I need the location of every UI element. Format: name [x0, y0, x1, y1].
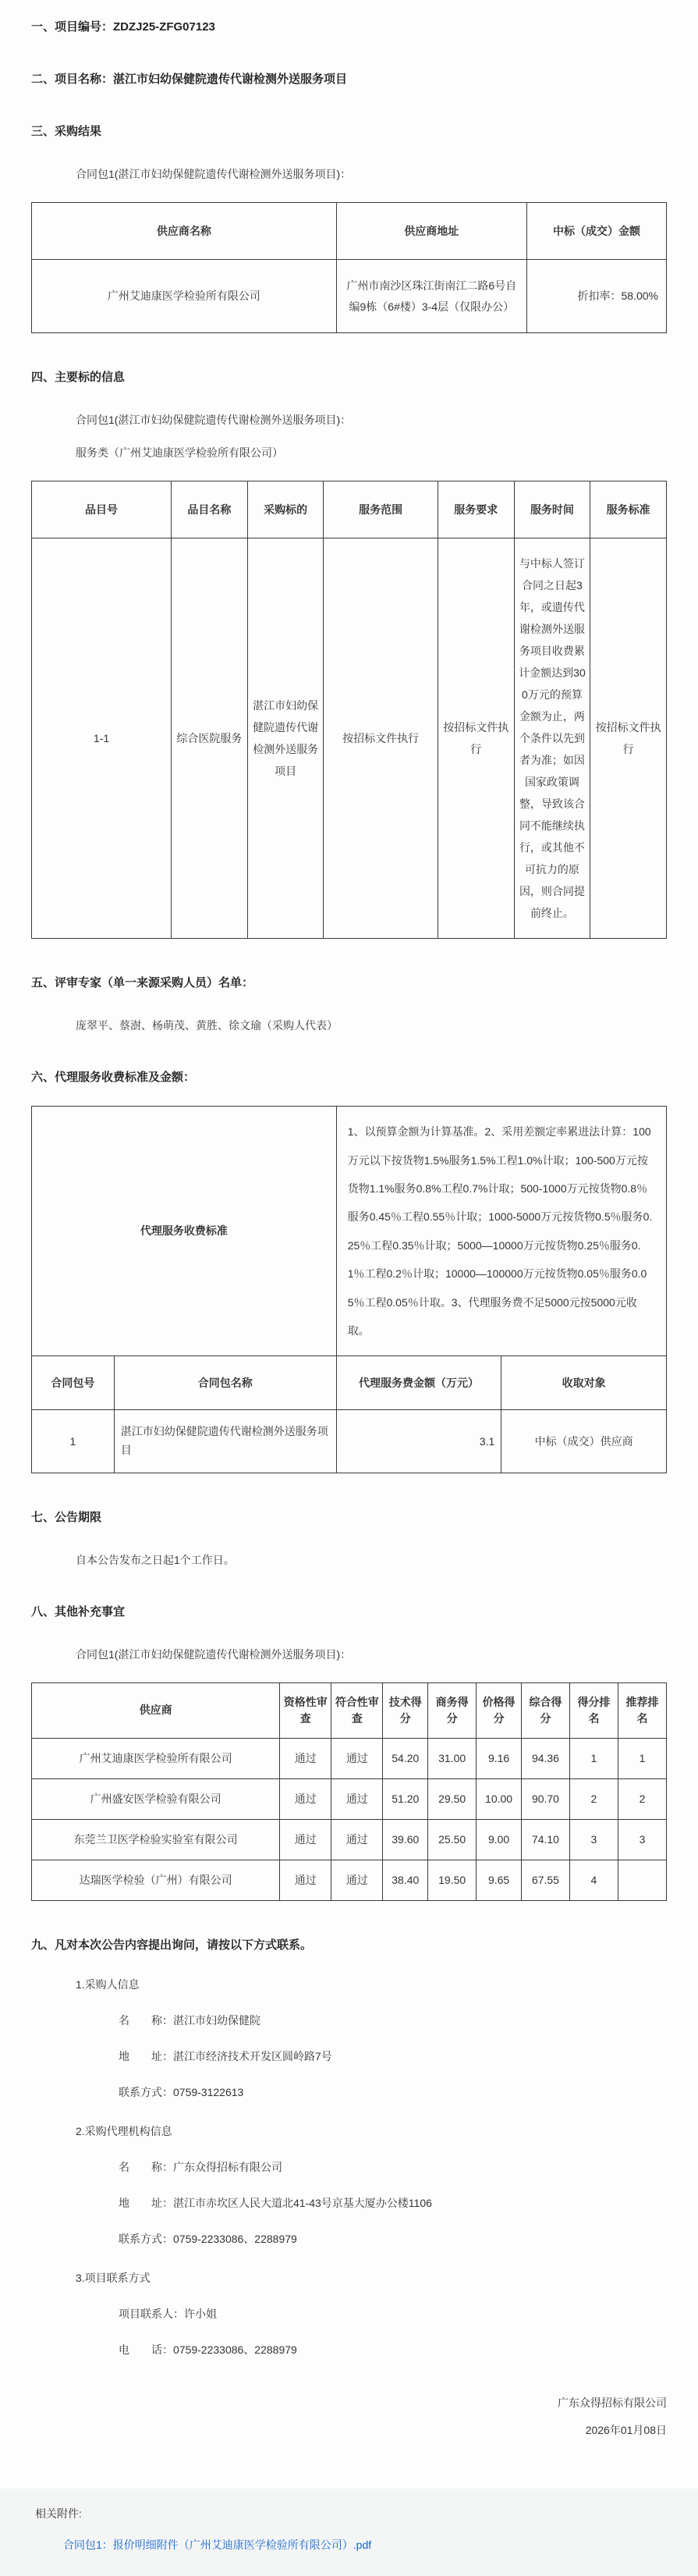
heading-other-matters: 八、其他补充事宜	[31, 1604, 667, 1620]
project-contact-phone: 电 话：0759-2233086、2288979	[31, 2342, 667, 2357]
cell-total-score: 74.10	[521, 1819, 569, 1860]
score-row-2: 广州盛安医学检验有限公司 通过 通过 51.20 29.50 10.00 90.…	[32, 1778, 667, 1819]
column-header-package-name: 合同包名称	[114, 1356, 336, 1410]
column-header-procurement-subject: 采购标的	[247, 481, 324, 538]
package-line-result: 合同包1(湛江市妇幼保健院遗传代谢检测外送服务项目)：	[31, 166, 667, 182]
cell-fee-standard-label: 代理服务收费标准	[32, 1107, 337, 1356]
cell-conformity: 通过	[331, 1819, 383, 1860]
experts-list: 庞翠平、蔡澍、杨萌茂、黄胜、徐文瑜（采购人代表）	[31, 1018, 667, 1033]
column-header-item-no: 品目号	[32, 481, 172, 538]
cell-package-name: 湛江市妇幼保健院遗传代谢检测外送服务项目	[114, 1410, 336, 1473]
column-header-qualification-review: 资格性审查	[280, 1682, 331, 1738]
main-data-row: 1-1 综合医院服务 湛江市妇幼保健院遗传代谢检测外送服务项目 按招标文件执行 …	[32, 538, 667, 939]
column-header-package-no: 合同包号	[32, 1356, 115, 1410]
cell-procurement-subject: 湛江市妇幼保健院遗传代谢检测外送服务项目	[247, 538, 324, 939]
agency-address: 地 址：湛江市赤坎区人民大道北41-43号京基大厦办公楼1106	[31, 2195, 667, 2211]
heading-project-name: 二、项目名称：湛江市妇幼保健院遗传代谢检测外送服务项目	[31, 71, 667, 87]
cell-supplier: 达瑞医学检验（广州）有限公司	[32, 1860, 280, 1900]
signature-block: 广东众得招标有限公司 2026年01月08日	[31, 2395, 667, 2439]
cell-technical-score: 39.60	[383, 1819, 428, 1860]
cell-conformity: 通过	[331, 1738, 383, 1778]
cell-service-standard: 按招标文件执行	[590, 538, 667, 939]
cell-score-rank: 1	[569, 1738, 618, 1778]
package-line-scores: 合同包1(湛江市妇幼保健院遗传代谢检测外送服务项目)：	[31, 1647, 667, 1662]
project-contact-person: 项目联系人：许小姐	[31, 2306, 667, 2322]
cell-package-no: 1	[32, 1410, 115, 1473]
cell-total-score: 94.36	[521, 1738, 569, 1778]
attachments-label: 相关附件:	[35, 2506, 663, 2521]
column-header-price-score: 价格得分	[477, 1682, 522, 1738]
signature-company: 广东众得招标有限公司	[31, 2395, 667, 2411]
cell-fee-payer: 中标（成交）供应商	[501, 1410, 667, 1473]
column-header-fee-payer: 收取对象	[501, 1356, 667, 1410]
contacts-block: 1.采购人信息 名 称：湛江市妇幼保健院 地 址：湛江市经济技术开发区圆岭路7号…	[31, 1977, 667, 2357]
cell-technical-score: 54.20	[383, 1738, 428, 1778]
fee-header-row: 合同包号 合同包名称 代理服务费金额（万元） 收取对象	[32, 1356, 667, 1410]
score-table: 供应商 资格性审查 符合性审查 技术得分 商务得分 价格得分 综合得分 得分排名…	[31, 1682, 667, 1901]
heading-main-subject-info: 四、主要标的信息	[31, 369, 667, 386]
cell-price-score: 9.16	[477, 1738, 522, 1778]
cell-qualification: 通过	[280, 1778, 331, 1819]
column-header-supplier-name: 供应商名称	[32, 203, 337, 260]
buyer-contact: 联系方式：0759-3122613	[31, 2084, 667, 2100]
cell-price-score: 10.00	[477, 1778, 522, 1819]
cell-score-rank: 2	[569, 1778, 618, 1819]
heading-contact-info: 九、凡对本次公告内容提出询问，请按以下方式联系。	[31, 1937, 667, 1953]
main-subject-table: 品目号 品目名称 采购标的 服务范围 服务要求 服务时间 服务标准 1-1 综合…	[31, 481, 667, 939]
cell-score-rank: 3	[569, 1819, 618, 1860]
cell-score-rank: 4	[569, 1860, 618, 1900]
result-data-row: 广州艾迪康医学检验所有限公司 广州市南沙区珠江街南江二路6号自编9栋（6#楼）3…	[32, 260, 667, 333]
column-header-service-scope: 服务范围	[324, 481, 438, 538]
buyer-info-title: 1.采购人信息	[31, 1977, 667, 1992]
heading-project-number: 一、项目编号：ZDZJ25-ZFG07123	[31, 19, 667, 35]
attachments-section: 相关附件: 合同包1：报价明细附件（广州艾迪康医学检验所有限公司）.pdf	[0, 2489, 698, 2576]
cell-recommend-rank: 3	[618, 1819, 666, 1860]
cell-supplier-address: 广州市南沙区珠江街南江二路6号自编9栋（6#楼）3-4层（仅限办公）	[336, 260, 526, 333]
column-header-service-time: 服务时间	[514, 481, 590, 538]
cell-total-score: 67.55	[521, 1860, 569, 1900]
column-header-supplier: 供应商	[32, 1682, 280, 1738]
agency-contact: 联系方式：0759-2233086、2288979	[31, 2231, 667, 2247]
column-header-total-score: 综合得分	[521, 1682, 569, 1738]
result-table: 供应商名称 供应商地址 中标（成交）金额 广州艾迪康医学检验所有限公司 广州市南…	[31, 202, 667, 333]
column-header-technical-score: 技术得分	[383, 1682, 428, 1738]
agency-fee-table: 代理服务收费标准 1、以预算金额为计算基准。2、采用差额定率累进法计算：100万…	[31, 1106, 667, 1473]
fee-data-row: 1 湛江市妇幼保健院遗传代谢检测外送服务项目 3.1 中标（成交）供应商	[32, 1410, 667, 1473]
column-header-business-score: 商务得分	[428, 1682, 477, 1738]
service-category-line: 服务类（广州艾迪康医学检验所有限公司）	[31, 445, 667, 460]
cell-item-name: 综合医院服务	[172, 538, 248, 939]
agency-info-title: 2.采购代理机构信息	[31, 2123, 667, 2139]
column-header-supplier-address: 供应商地址	[336, 203, 526, 260]
cell-recommend-rank: 1	[618, 1738, 666, 1778]
announcement-period-text: 自本公告发布之日起1个工作日。	[31, 1552, 667, 1568]
heading-experts: 五、评审专家（单一来源采购人员）名单：	[31, 975, 667, 991]
cell-business-score: 19.50	[428, 1860, 477, 1900]
cell-qualification: 通过	[280, 1860, 331, 1900]
cell-supplier: 广州艾迪康医学检验所有限公司	[32, 1738, 280, 1778]
cell-qualification: 通过	[280, 1738, 331, 1778]
column-header-item-name: 品目名称	[172, 481, 248, 538]
score-row-3: 东莞兰卫医学检验实验室有限公司 通过 通过 39.60 25.50 9.00 7…	[32, 1819, 667, 1860]
cell-service-requirement: 按招标文件执行	[438, 538, 514, 939]
heading-agency-fee: 六、代理服务收费标准及金额：	[31, 1069, 667, 1085]
buyer-name: 名 称：湛江市妇幼保健院	[31, 2013, 667, 2028]
cell-supplier: 广州盛安医学检验有限公司	[32, 1778, 280, 1819]
column-header-award-amount: 中标（成交）金额	[526, 203, 666, 260]
cell-technical-score: 51.20	[383, 1778, 428, 1819]
cell-qualification: 通过	[280, 1819, 331, 1860]
signature-date: 2026年01月08日	[31, 2422, 667, 2439]
column-header-recommend-rank: 推荐排名	[618, 1682, 666, 1738]
cell-conformity: 通过	[331, 1778, 383, 1819]
cell-conformity: 通过	[331, 1860, 383, 1900]
score-row-1: 广州艾迪康医学检验所有限公司 通过 通过 54.20 31.00 9.16 94…	[32, 1738, 667, 1778]
cell-supplier: 东莞兰卫医学检验实验室有限公司	[32, 1819, 280, 1860]
cell-fee-amount: 3.1	[336, 1410, 501, 1473]
package-line-subject: 合同包1(湛江市妇幼保健院遗传代谢检测外送服务项目)：	[31, 412, 667, 428]
column-header-fee-amount: 代理服务费金额（万元）	[336, 1356, 501, 1410]
cell-recommend-rank: 2	[618, 1778, 666, 1819]
project-contact-title: 3.项目联系方式	[31, 2270, 667, 2286]
column-header-service-standard: 服务标准	[590, 481, 667, 538]
cell-technical-score: 38.40	[383, 1860, 428, 1900]
cell-service-scope: 按招标文件执行	[324, 538, 438, 939]
agency-name: 名 称：广东众得招标有限公司	[31, 2159, 667, 2175]
score-header-row: 供应商 资格性审查 符合性审查 技术得分 商务得分 价格得分 综合得分 得分排名…	[32, 1682, 667, 1738]
cell-award-amount: 折扣率：58.00%	[526, 260, 666, 333]
announcement-page: 一、项目编号：ZDZJ25-ZFG07123 二、项目名称：湛江市妇幼保健院遗传…	[0, 0, 698, 2576]
heading-announcement-period: 七、公告期限	[31, 1509, 667, 1526]
cell-business-score: 25.50	[428, 1819, 477, 1860]
cell-supplier-name: 广州艾迪康医学检验所有限公司	[32, 260, 337, 333]
cell-fee-standard-text: 1、以预算金额为计算基准。2、采用差额定率累进法计算：100万元以下按货物1.5…	[336, 1107, 666, 1356]
score-row-4: 达瑞医学检验（广州）有限公司 通过 通过 38.40 19.50 9.65 67…	[32, 1860, 667, 1900]
attachment-pdf-link[interactable]: 合同包1：报价明细附件（广州艾迪康医学检验所有限公司）.pdf	[63, 2537, 371, 2553]
main-header-row: 品目号 品目名称 采购标的 服务范围 服务要求 服务时间 服务标准	[32, 481, 667, 538]
cell-service-time: 与中标人签订合同之日起3年，或遗传代谢检测外送服务项目收费累计金额达到300万元…	[514, 538, 590, 939]
cell-item-no: 1-1	[32, 538, 172, 939]
column-header-conformity-review: 符合性审查	[331, 1682, 383, 1738]
cell-business-score: 31.00	[428, 1738, 477, 1778]
cell-recommend-rank	[618, 1860, 666, 1900]
result-header-row: 供应商名称 供应商地址 中标（成交）金额	[32, 203, 667, 260]
cell-business-score: 29.50	[428, 1778, 477, 1819]
fee-standard-row: 代理服务收费标准 1、以预算金额为计算基准。2、采用差额定率累进法计算：100万…	[32, 1107, 667, 1356]
column-header-service-requirement: 服务要求	[438, 481, 514, 538]
cell-total-score: 90.70	[521, 1778, 569, 1819]
cell-price-score: 9.00	[477, 1819, 522, 1860]
buyer-address: 地 址：湛江市经济技术开发区圆岭路7号	[31, 2048, 667, 2064]
column-header-score-rank: 得分排名	[569, 1682, 618, 1738]
heading-procurement-result: 三、采购结果	[31, 123, 667, 140]
cell-price-score: 9.65	[477, 1860, 522, 1900]
